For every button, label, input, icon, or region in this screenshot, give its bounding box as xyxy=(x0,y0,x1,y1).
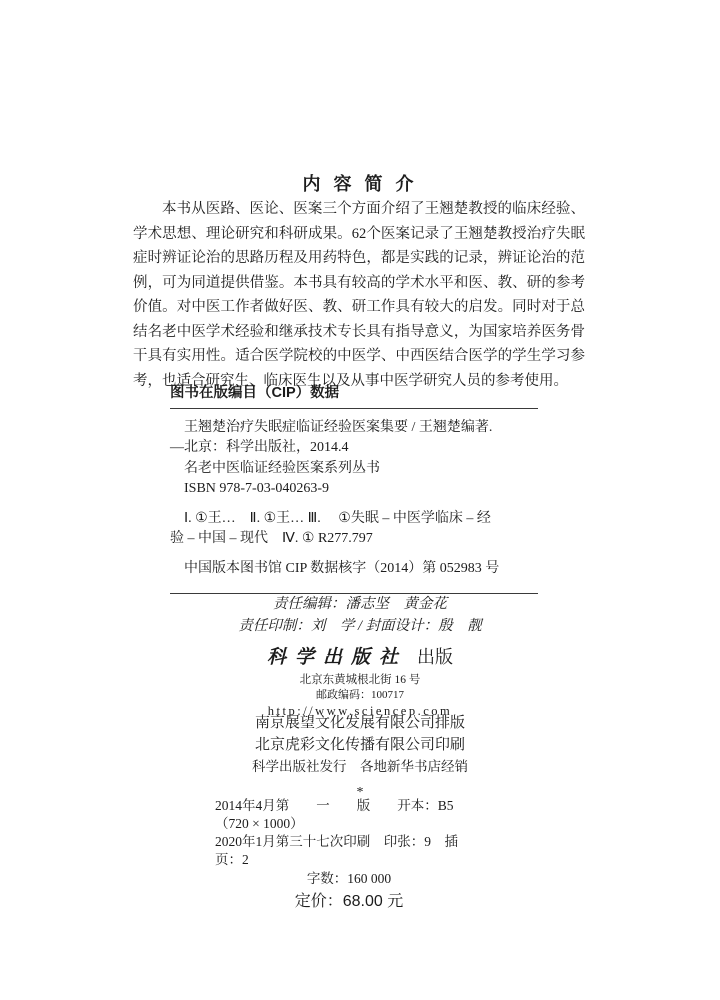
cip-publication-line: —北京：科学出版社，2014.4 xyxy=(170,438,538,459)
publisher-suffix: 出版 xyxy=(417,647,453,667)
publisher-address: 北京东黄城根北街 16 号 xyxy=(0,673,720,688)
production-block: 南京展望文化发展有限公司排版 北京虎彩文化传播有限公司印刷 科学出版社发行 各地… xyxy=(0,712,720,800)
intro-title: 内 容 简 介 xyxy=(0,170,720,196)
distribution-line: 科学出版社发行 各地新华书店经销 xyxy=(0,756,720,778)
cip-header: 图书在版编目（CIP）数据 xyxy=(170,383,538,404)
publisher-logotype: 科学出版社 xyxy=(267,647,407,668)
printing-details-block: 2014年4月第 一 版 开本：B5（720 × 1000） 2020年1月第三… xyxy=(215,797,483,911)
typesetter-line: 南京展望文化发展有限公司排版 xyxy=(0,712,720,734)
cip-classification-line-2: 验 – 中国 – 现代 Ⅳ. ① R277.797 xyxy=(170,529,538,550)
publisher-logo-line: 科学出版社 出版 xyxy=(0,645,720,671)
publisher-postcode: 邮政编码：100717 xyxy=(0,688,720,702)
word-count-line: 字数：160 000 xyxy=(215,870,483,888)
credits-editor-line: 责任编辑：潘志坚 黄金花 xyxy=(0,593,720,615)
cip-classification-line-1: Ⅰ. ①王… Ⅱ. ①王… Ⅲ. ①失眠 – 中医学临床 – 经 xyxy=(170,509,538,530)
printer-line: 北京虎彩文化传播有限公司印刷 xyxy=(0,734,720,756)
price-line: 定价：68.00 元 xyxy=(215,893,483,911)
credits-print-design-line: 责任印制：刘 学 / 封面设计：殷 靓 xyxy=(0,615,720,637)
cip-title-line: 王翘楚治疗失眠症临证经验医案集要 / 王翘楚编著. xyxy=(170,418,538,439)
cip-block: 图书在版编目（CIP）数据 王翘楚治疗失眠症临证经验医案集要 / 王翘楚编著. … xyxy=(170,383,538,603)
cip-divider-top xyxy=(170,408,538,409)
cip-record-line: 中国版本图书馆 CIP 数据核字（2014）第 052983 号 xyxy=(170,559,538,580)
impression-line: 2020年1月第三十七次印刷 印张：9 插页：2 xyxy=(215,833,483,869)
edition-line: 2014年4月第 一 版 开本：B5（720 × 1000） xyxy=(215,797,483,833)
publisher-block: 科学出版社 出版 北京东黄城根北街 16 号 邮政编码：100717 http:… xyxy=(0,645,720,719)
credits-block: 责任编辑：潘志坚 黄金花 责任印制：刘 学 / 封面设计：殷 靓 xyxy=(0,593,720,637)
cip-isbn-line: ISBN 978-7-03-040263-9 xyxy=(170,479,538,500)
copyright-page: 内 容 简 介 本书从医路、医论、医案三个方面介绍了王翘楚教授的临床经验、学术思… xyxy=(0,0,720,1000)
cip-series-line: 名老中医临证经验医案系列丛书 xyxy=(170,459,538,480)
intro-paragraph: 本书从医路、医论、医案三个方面介绍了王翘楚教授的临床经验、学术思想、理论研究和科… xyxy=(133,197,585,393)
